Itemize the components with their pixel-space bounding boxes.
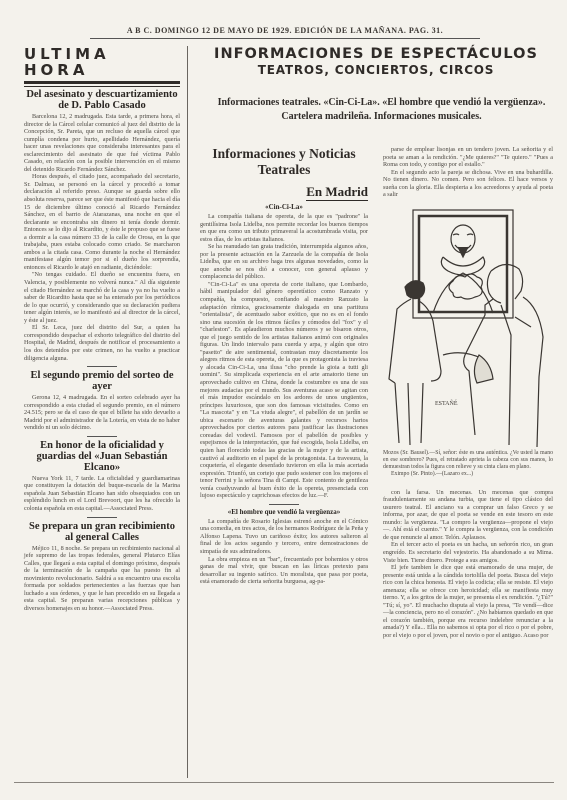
divider [14, 782, 554, 783]
article-paragraph: Gerona 12, 4 madrugada. En el sorteo cel… [24, 394, 180, 432]
caricature-drawing-icon: ESTAÑÉ [383, 205, 553, 450]
divider [87, 436, 117, 437]
column-divider [187, 46, 188, 778]
article-paragraph: Méjico 11, 8 noche. Se prepara un recibi… [24, 545, 180, 613]
article-headline: Informaciones y Noticias Teatrales [200, 146, 368, 178]
location-heading: En Madrid [200, 184, 368, 200]
article-paragraph: El jefe tambien le dice que está enamora… [383, 564, 553, 639]
cartoon-caption-credit: Eximpo (Sr. Pinto).—(Lazaro ex...) [383, 471, 553, 478]
article: Del asesinato y descuartizamiento de D. … [24, 89, 180, 362]
article-paragraph: Horas después, el citado juez, acompañad… [24, 173, 180, 271]
cartoon-signature: ESTAÑÉ [435, 399, 458, 407]
article-headline: El segundo premio del sorteo de ayer [24, 370, 180, 392]
newspaper-page: A B C. DOMINGO 12 DE MAYO DE 1929. EDICI… [0, 0, 567, 800]
article: Se prepara un gran recibimiento al gener… [24, 521, 180, 613]
masthead: A B C. DOMINGO 12 DE MAYO DE 1929. EDICI… [90, 26, 480, 39]
article-paragraph: Nueva York 11, 7 tarde. La oficialidad y… [24, 475, 180, 513]
article-paragraph: La compañía de Rosario Iglesias estrenó … [200, 518, 368, 556]
section-title: ULTIMA HORA [24, 46, 180, 78]
divider [24, 86, 180, 87]
location-label: En Madrid [306, 184, 368, 201]
section-title-line1: INFORMACIONES DE ESPECTÁCULOS [196, 46, 556, 63]
article-paragraph: En el segundo acto la pareja se dichosa.… [383, 169, 553, 199]
article-paragraph: parse de emplear lisonjas en un tendero … [383, 146, 553, 169]
middle-column: Informaciones y Noticias Teatrales En Ma… [200, 146, 368, 586]
article: En honor de la oficialidad y guardias de… [24, 440, 180, 513]
section-header: INFORMACIONES DE ESPECTÁCULOS TEATROS, C… [196, 46, 556, 78]
article-paragraph: Se ha reanudado tan grata tradición, int… [200, 243, 368, 281]
subheading: «Cin-Ci-La» [200, 203, 368, 211]
article-paragraph: con la farsa. Un mecenas. Un mecenas que… [383, 489, 553, 542]
left-column: ULTIMA HORA Del asesinato y descuartizam… [24, 46, 180, 612]
divider [24, 81, 180, 84]
divider [269, 504, 299, 505]
article-headline: Del asesinato y descuartizamiento de D. … [24, 89, 180, 111]
article-paragraph: La obra empieza en un "bar", frecuentado… [200, 556, 368, 586]
article-paragraph: Barcelona 12, 2 madrugada. Esta tarde, a… [24, 113, 180, 173]
article-paragraph: "No tengas cuidado. El dueño se encuentr… [24, 271, 180, 324]
cartoon-caption: Mozos (Sr. Bausel).—Sí, señor: éste es u… [383, 450, 553, 472]
article-paragraph: La compañía italiana de opereta, de la q… [200, 213, 368, 243]
divider [87, 517, 117, 518]
section-summary: Informaciones teatrales. «Cin-Ci-La». «E… [204, 96, 559, 124]
article-paragraph: "Cin-Ci-La" es una opereta de corte ital… [200, 281, 368, 500]
article: El segundo premio del sorteo de ayer Ger… [24, 370, 180, 432]
divider [87, 366, 117, 367]
article-headline: Se prepara un gran recibimiento al gener… [24, 521, 180, 543]
subheading: «El hombre que vendió la vergüenza» [200, 508, 368, 516]
article-paragraph: En el tercer acto el poeta es un hacha, … [383, 541, 553, 564]
caricature-illustration: ESTAÑÉ [383, 205, 553, 450]
section-title-line2: TEATROS, CONCIERTOS, CIRCOS [196, 63, 556, 78]
article-headline: En honor de la oficialidad y guardias de… [24, 440, 180, 473]
right-column: parse de emplear lisonjas en un tendero … [383, 146, 553, 640]
article-paragraph: El Sr. Leca, juez del distrito del Sur, … [24, 324, 180, 362]
